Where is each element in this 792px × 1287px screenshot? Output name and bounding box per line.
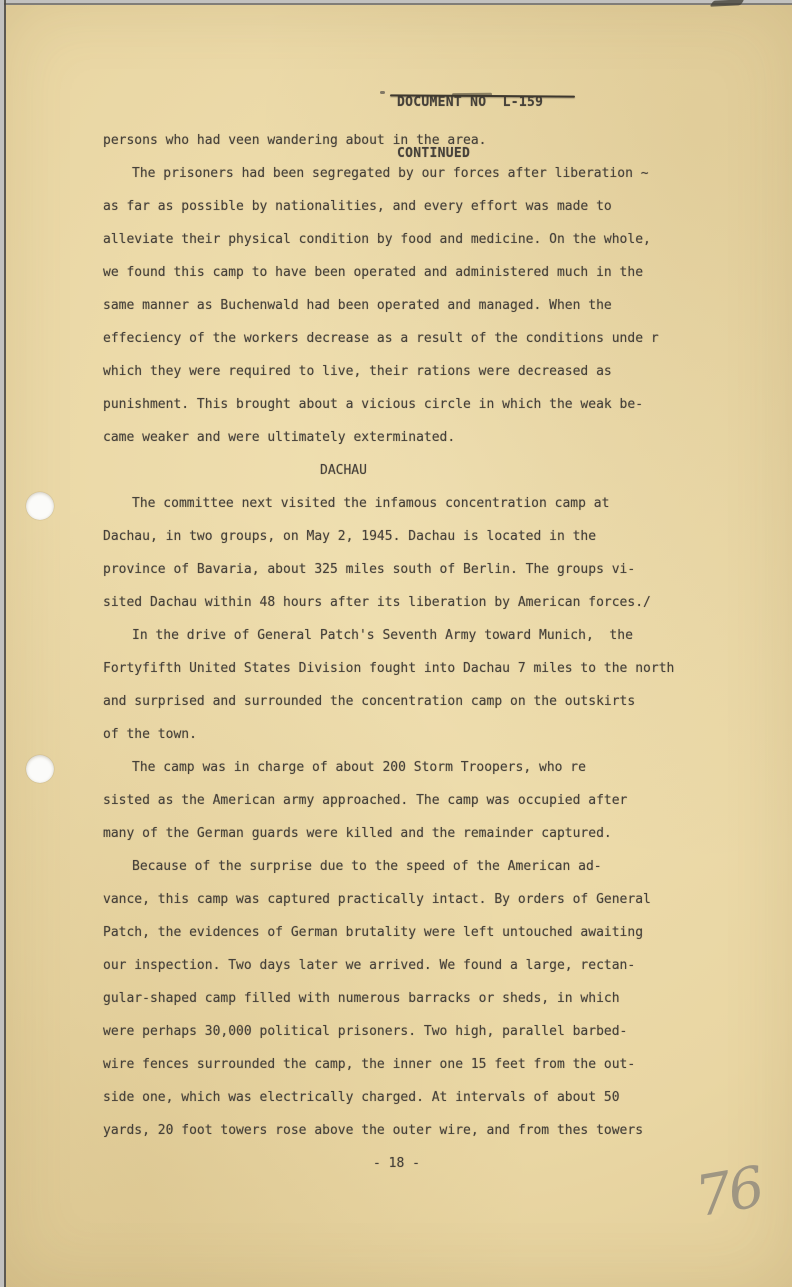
typed-line: punishment. This brought about a vicious… xyxy=(103,388,718,421)
typed-line: In the drive of General Patch's Seventh … xyxy=(103,619,718,652)
typed-line: gular-shaped camp filled with numerous b… xyxy=(103,982,718,1015)
typed-line: persons who had veen wandering about in … xyxy=(103,124,718,157)
typed-line: alleviate their physical condition by fo… xyxy=(103,223,718,256)
page-left-edge-shadow xyxy=(4,0,6,1287)
scanned-document: DOCUMENT NO L-159 CONTINUED persons who … xyxy=(0,0,792,1287)
typed-line: The committee next visited the infamous … xyxy=(103,487,718,520)
typed-line: sisted as the American army approached. … xyxy=(103,784,718,817)
punch-hole-top xyxy=(26,492,54,520)
typed-line: came weaker and were ultimately extermin… xyxy=(103,421,718,454)
typed-line: The prisoners had been segregated by our… xyxy=(103,157,718,190)
typed-line: we found this camp to have been operated… xyxy=(103,256,718,289)
typed-line: our inspection. Two days later we arrive… xyxy=(103,949,718,982)
typed-line: which they were required to live, their … xyxy=(103,355,718,388)
typed-line: DACHAU xyxy=(103,454,718,487)
typed-line: Because of the surprise due to the speed… xyxy=(103,850,718,883)
typed-line: wire fences surrounded the camp, the inn… xyxy=(103,1048,718,1081)
typed-line: Patch, the evidences of German brutality… xyxy=(103,916,718,949)
typed-line: side one, which was electrically charged… xyxy=(103,1081,718,1114)
typed-line: many of the German guards were killed an… xyxy=(103,817,718,850)
punch-hole-bottom xyxy=(26,755,54,783)
typed-line: The camp was in charge of about 200 Stor… xyxy=(103,751,718,784)
handwritten-sheet-number: 76 xyxy=(691,1155,767,1230)
typed-line: Dachau, in two groups, on May 2, 1945. D… xyxy=(103,520,718,553)
typed-line: as far as possible by nationalities, and… xyxy=(103,190,718,223)
typed-line: same manner as Buchenwald had been opera… xyxy=(103,289,718,322)
typed-line: and surprised and surrounded the concent… xyxy=(103,685,718,718)
typed-line: yards, 20 foot towers rose above the out… xyxy=(103,1114,718,1147)
typed-line: sited Dachau within 48 hours after its l… xyxy=(103,586,718,619)
typed-line: of the town. xyxy=(103,718,718,751)
typed-line: effeciency of the workers decrease as a … xyxy=(103,322,718,355)
typed-line: - 18 - xyxy=(103,1147,718,1180)
typed-line: Fortyfifth United States Division fought… xyxy=(103,652,718,685)
typed-body-text: persons who had veen wandering about in … xyxy=(103,124,718,1180)
typed-line: were perhaps 30,000 political prisoners.… xyxy=(103,1015,718,1048)
typed-line: vance, this camp was captured practicall… xyxy=(103,883,718,916)
page-top-edge-shadow xyxy=(4,3,792,5)
typed-line: province of Bavaria, about 325 miles sou… xyxy=(103,553,718,586)
stray-ink-dot xyxy=(380,91,385,94)
